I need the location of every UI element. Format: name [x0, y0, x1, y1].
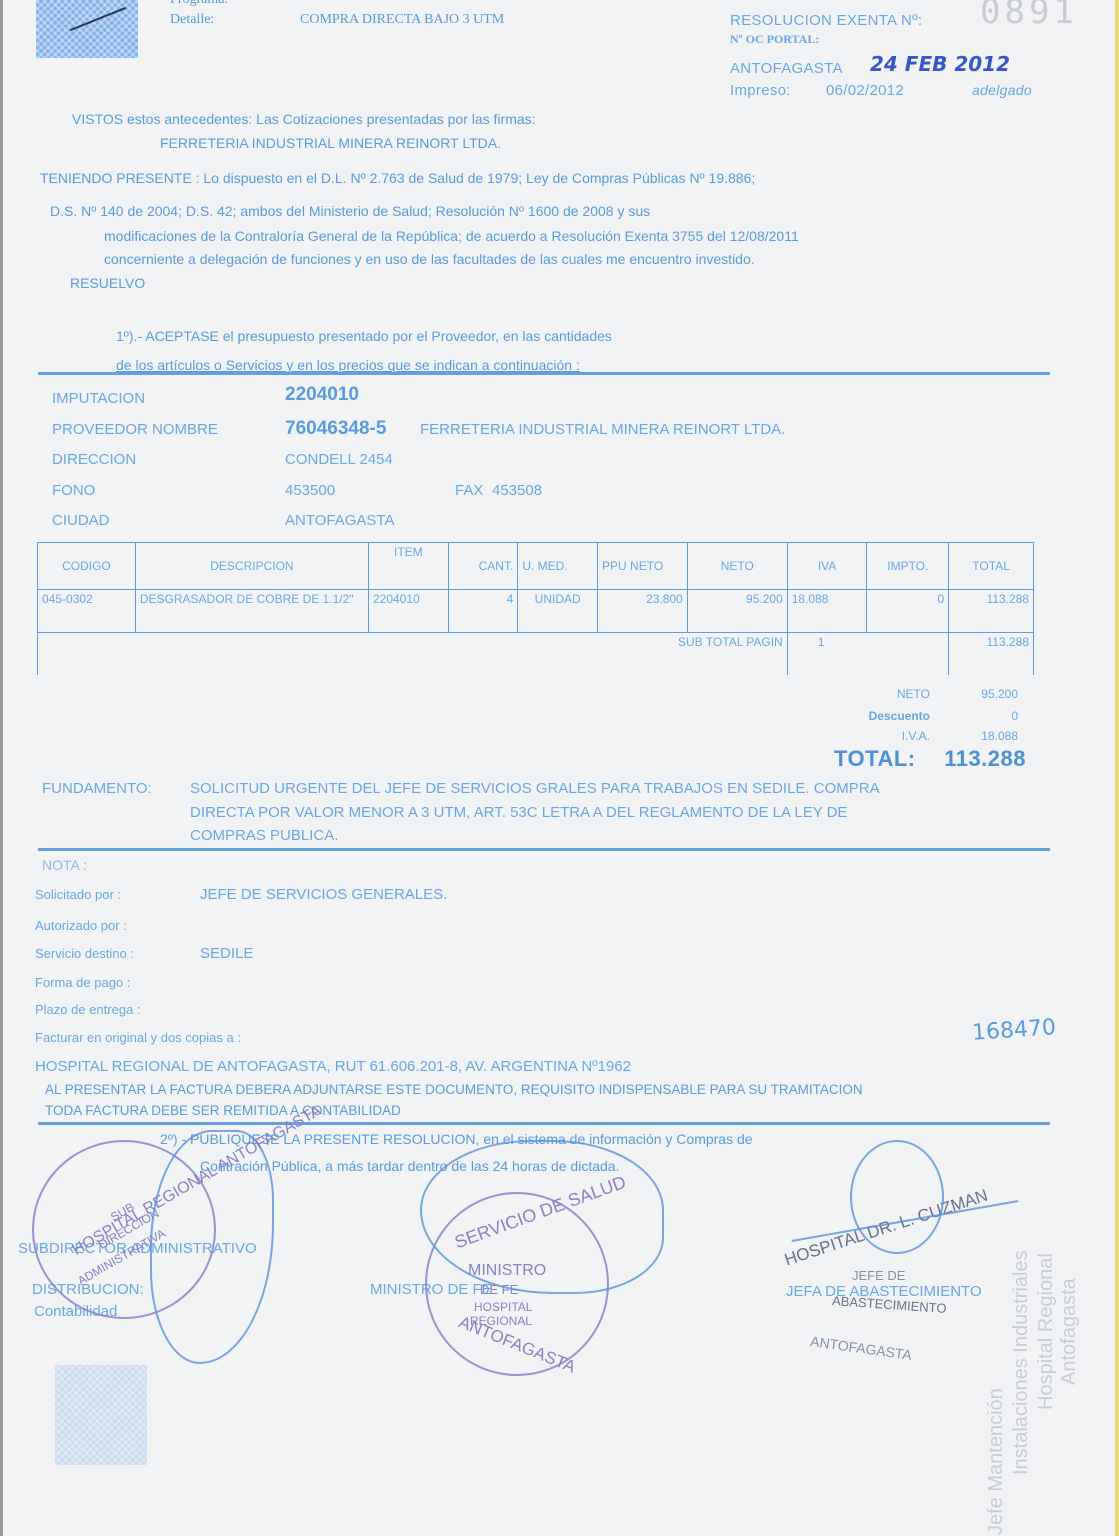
first-resolution-line-1: 1º).- ACEPTASE el presupuesto presentado… [116, 328, 612, 344]
resolution-number: 0891 [980, 0, 1078, 32]
ghost-text-4: Antofagasta [1058, 1278, 1081, 1385]
teniendo-line-2: D.S. Nº 140 de 2004; D.S. 42; ambos del … [50, 203, 650, 219]
cell-item: 2204010 [368, 590, 448, 633]
summary-iva-label: I.V.A. [820, 729, 930, 743]
fono-value: 453500 [285, 482, 335, 499]
col-cant: CANT. [448, 543, 518, 590]
logo-pattern-faded [55, 1365, 147, 1465]
divider [38, 1122, 1050, 1125]
fax-value: 453508 [492, 482, 542, 499]
col-ppu-neto: PPU NETO [598, 543, 688, 590]
autorizado-label: Autorizado por : [35, 918, 127, 933]
proveedor-name: FERRETERIA INDUSTRIAL MINERA REINORT LTD… [420, 421, 785, 438]
subtotal-value: 113.288 [949, 633, 1034, 676]
scan-edge-right [1115, 0, 1119, 1536]
resolution-label: RESOLUCION EXENTA Nº: [730, 12, 922, 29]
oc-portal-label: Nº OC PORTAL: [730, 32, 819, 47]
stamp-center-inner-3: HOSPITAL [474, 1300, 532, 1314]
printed-date: 06/02/2012 [826, 82, 904, 99]
col-codigo: CODIGO [38, 543, 136, 590]
cell-iva: 18.088 [787, 590, 867, 633]
resuelvo-heading: RESUELVO [70, 275, 145, 291]
subtotal-label: SUB TOTAL PAGIN [38, 633, 788, 676]
city-date-label: ANTOFAGASTA [730, 60, 843, 77]
direccion-value: CONDELL 2454 [285, 451, 393, 468]
cell-umed: UNIDAD [518, 590, 598, 633]
solicitado-label: Solicitado por : [35, 887, 121, 902]
detail-value: COMPRA DIRECTA BAJO 3 UTM [300, 12, 504, 28]
nota-label: NOTA : [42, 857, 87, 873]
ciudad-value: ANTOFAGASTA [285, 512, 394, 529]
stamp-right-inner-1: JEFE DE [852, 1268, 905, 1283]
col-impto: IMPTO. [867, 543, 949, 590]
divider [38, 372, 1050, 375]
cell-neto: 95.200 [687, 590, 787, 633]
divider [38, 848, 1050, 851]
imputacion-label: IMPUTACION [52, 390, 145, 407]
printed-by: adelgado [972, 82, 1032, 98]
items-table: CODIGO DESCRIPCION ITEM CANT. U. MED. PP… [37, 542, 1034, 675]
ciudad-label: CIUDAD [52, 512, 110, 529]
table-header-row: CODIGO DESCRIPCION ITEM CANT. U. MED. PP… [38, 543, 1034, 590]
summary-descuento-label: Descuento [820, 709, 930, 723]
teniendo-line-4: concerniente a delegación de funciones y… [104, 251, 755, 267]
cell-total: 113.288 [949, 590, 1034, 633]
teniendo-line-3: modificaciones de la Contraloría General… [104, 228, 799, 244]
forma-pago-label: Forma de pago : [35, 975, 130, 990]
signature-left [150, 1130, 274, 1364]
direccion-label: DIRECCION [52, 451, 136, 468]
table-row: 045-0302 DESGRASADOR DE COBRE DE 1.1/2" … [38, 590, 1034, 633]
first-resolution-line-2: de los artículos o Servicios y en los pr… [116, 357, 580, 373]
summary-neto-label: NETO [820, 687, 930, 701]
handwritten-code: 168470 [971, 1015, 1057, 1046]
teniendo-line-1: TENIENDO PRESENTE : Lo dispuesto en el D… [40, 170, 755, 186]
vistos-firm: FERRETERIA INDUSTRIAL MINERA REINORT LTD… [160, 135, 501, 151]
signature-right [850, 1140, 944, 1254]
summary-descuento-value: 0 [940, 709, 1018, 723]
col-item: ITEM [368, 543, 448, 590]
detail-label: Detalle: [170, 12, 214, 28]
subtotal-page: 1 [787, 633, 948, 676]
warning-line-1: AL PRESENTAR LA FACTURA DEBERA ADJUNTARS… [45, 1082, 863, 1097]
printed-label: Impreso: [730, 82, 791, 99]
summary-iva-value: 18.088 [940, 729, 1018, 743]
handwritten-date: 24 FEB 2012 [870, 52, 1010, 76]
servicio-label: Servicio destino : [35, 946, 134, 961]
ghost-text-3: Hospital Regional [1035, 1253, 1058, 1410]
plazo-label: Plazo de entrega : [35, 1002, 141, 1017]
fundamento-label: FUNDAMENTO: [42, 780, 152, 797]
imputacion-value: 2204010 [285, 384, 359, 406]
ghost-text-2: Instalaciones Industriales [1010, 1250, 1033, 1475]
proveedor-rut: 76046348-5 [285, 418, 386, 440]
subtotal-row: SUB TOTAL PAGIN 1 113.288 [38, 633, 1034, 676]
vistos-text: VISTOS estos antecedentes: Las Cotizacio… [72, 111, 536, 127]
summary-total-label: TOTAL: [834, 746, 916, 772]
fax-label: FAX [455, 482, 483, 499]
cell-impto: 0 [867, 590, 949, 633]
warning-line-2: TODA FACTURA DEBE SER REMITIDA A CONTABI… [45, 1103, 401, 1118]
program-label: Programa: [170, 0, 228, 8]
fundamento-line-2: DIRECTA POR VALOR MENOR A 3 UTM, ART. 53… [190, 804, 847, 821]
facturar-label: Facturar en original y dos copias a : [35, 1030, 241, 1045]
stamp-right-bottom: ANTOFAGASTA [809, 1333, 912, 1363]
ghost-text-1: Jefe Mantención [985, 1388, 1008, 1535]
scan-edge-left [0, 0, 3, 1536]
fundamento-line-1: SOLICITUD URGENTE DEL JEFE DE SERVICIOS … [190, 780, 880, 797]
servicio-value: SEDILE [200, 945, 253, 962]
cell-codigo: 045-0302 [38, 590, 136, 633]
hospital-line: HOSPITAL REGIONAL DE ANTOFAGASTA, RUT 61… [35, 1058, 631, 1075]
cell-descripcion: DESGRASADOR DE COBRE DE 1.1/2" [135, 590, 368, 633]
cell-cant: 4 [448, 590, 518, 633]
fundamento-line-3: COMPRAS PUBLICA. [190, 827, 338, 844]
col-descripcion: DESCRIPCION [135, 543, 368, 590]
summary-total-value: 113.288 [936, 746, 1026, 772]
col-neto: NETO [687, 543, 787, 590]
solicitado-value: JEFE DE SERVICIOS GENERALES. [200, 886, 447, 903]
cell-ppu-neto: 23.800 [598, 590, 688, 633]
summary-neto-value: 95.200 [940, 687, 1018, 701]
col-iva: IVA [787, 543, 867, 590]
proveedor-label: PROVEEDOR NOMBRE [52, 421, 218, 438]
fono-label: FONO [52, 482, 95, 499]
col-umed: U. MED. [518, 543, 598, 590]
col-total: TOTAL [949, 543, 1034, 590]
